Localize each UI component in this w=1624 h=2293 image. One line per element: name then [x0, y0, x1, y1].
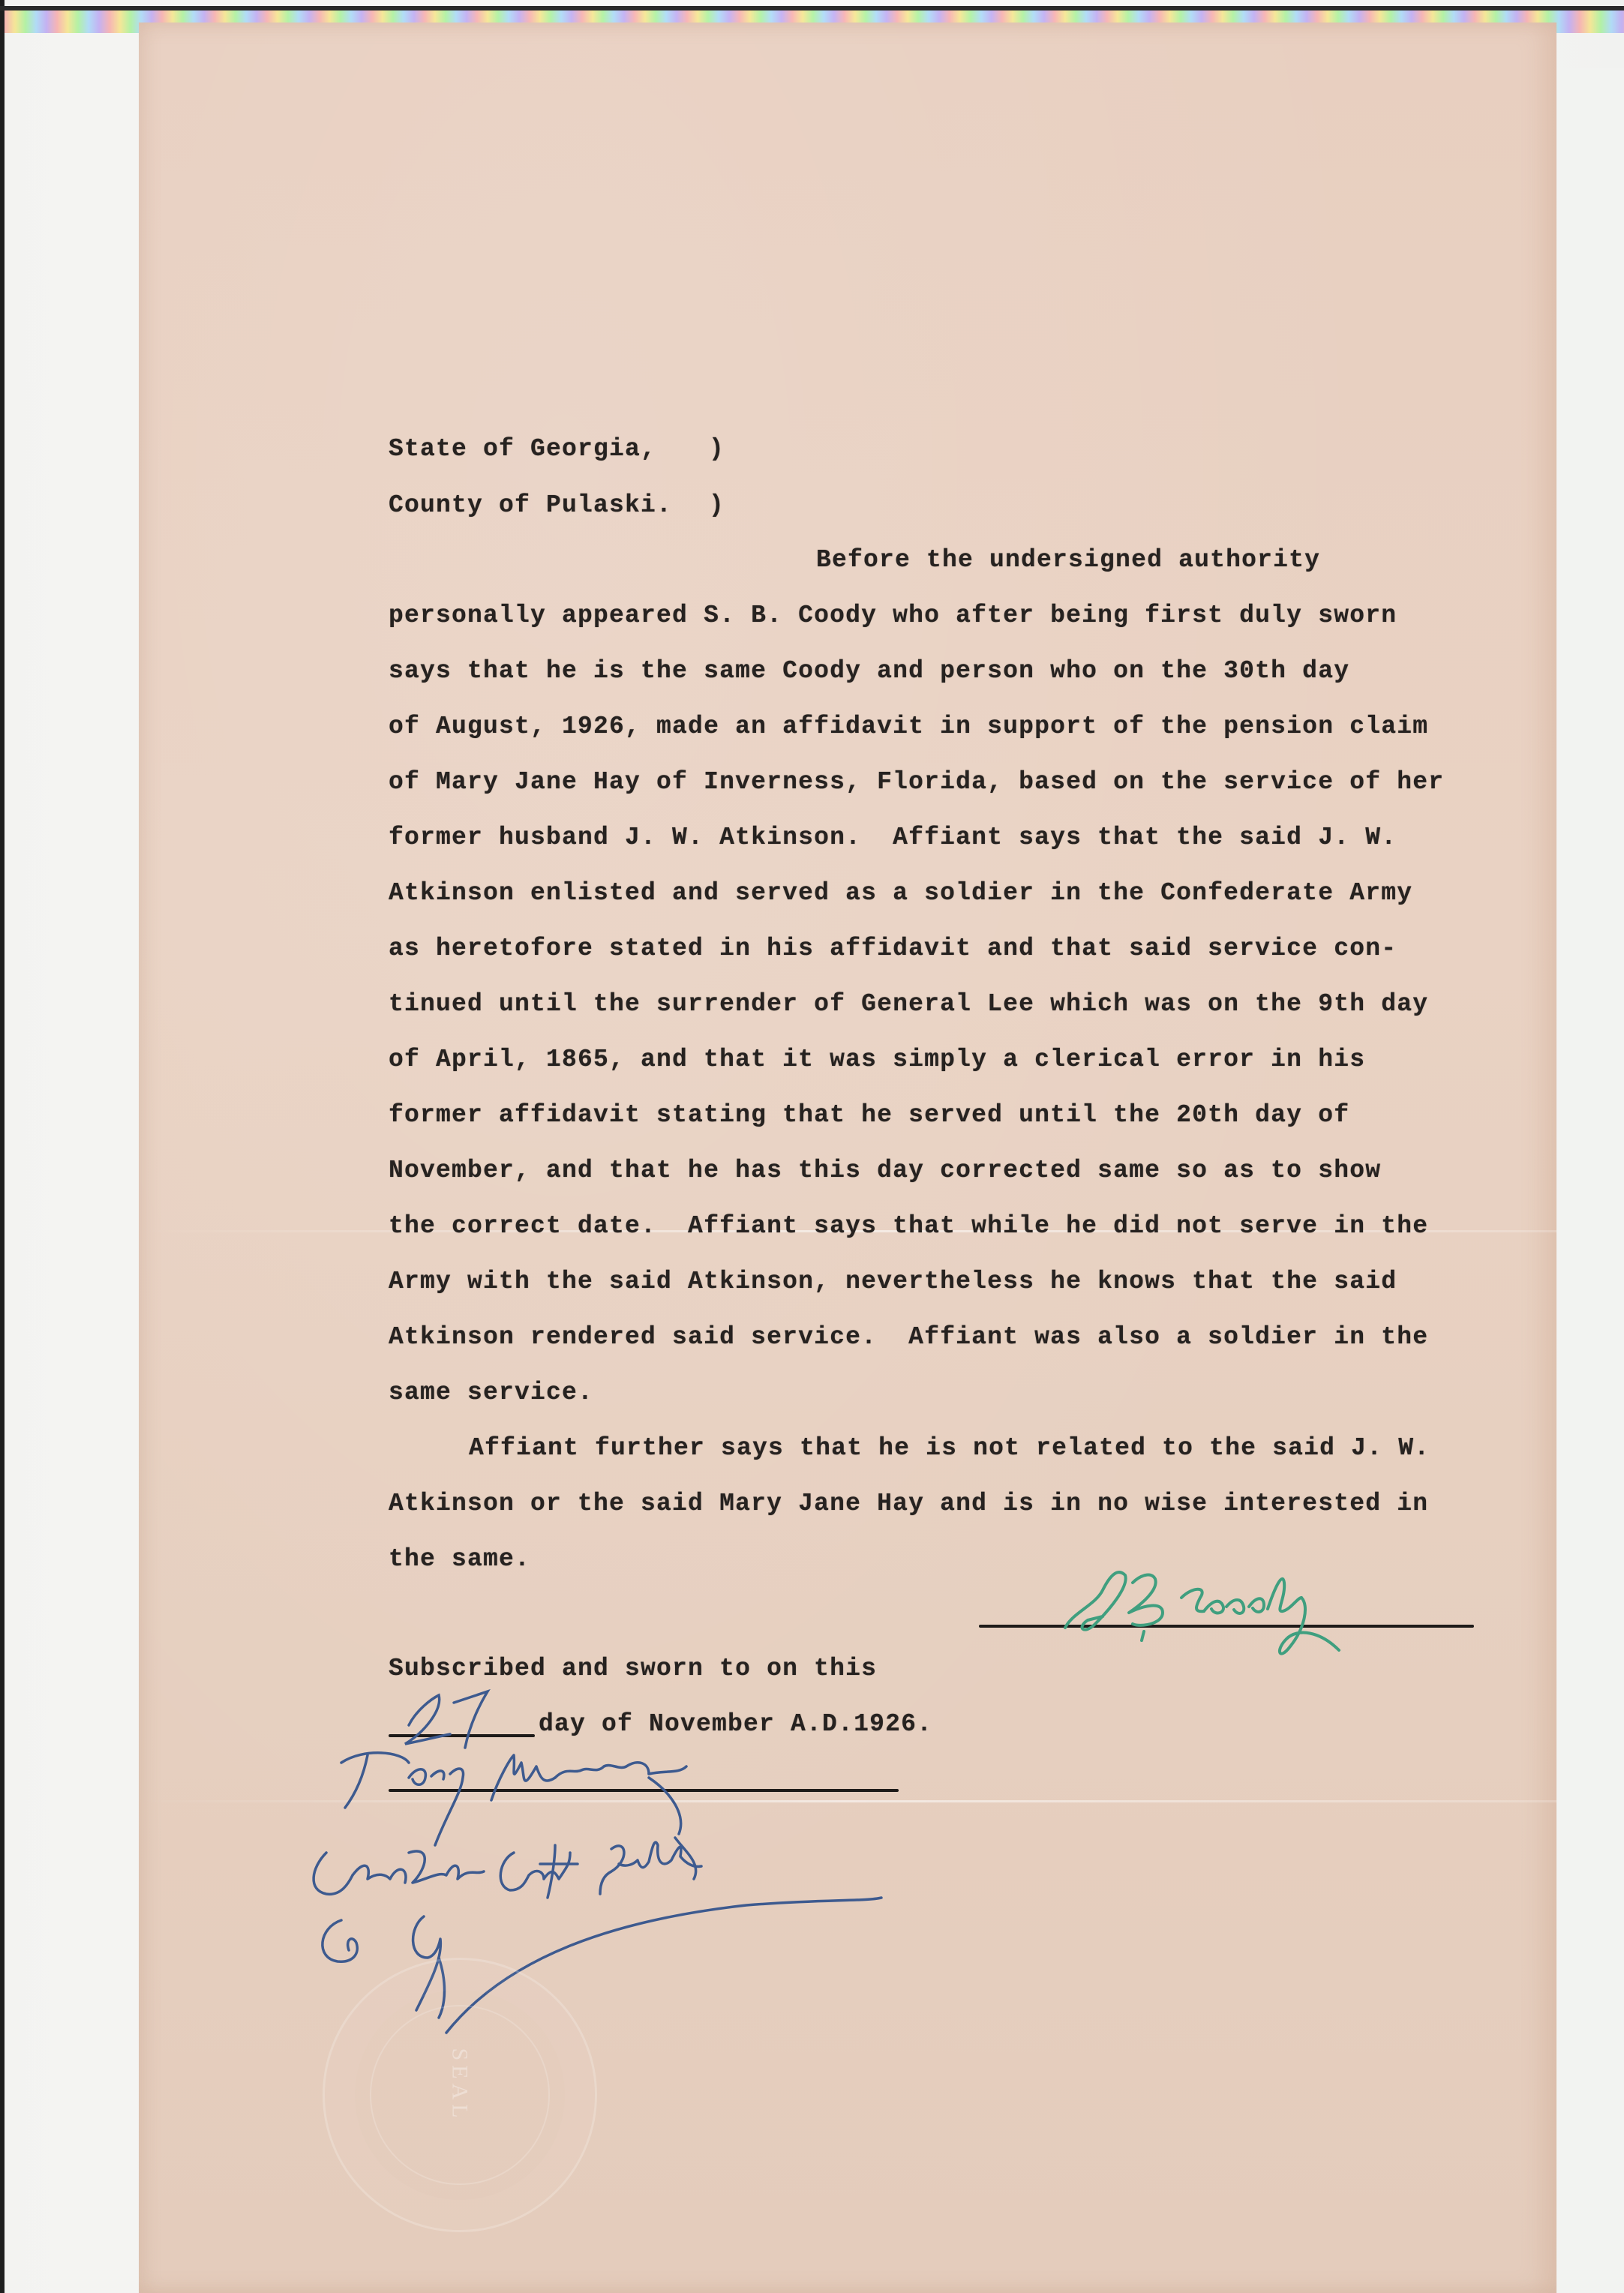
- body-line: Army with the said Atkinson, nevertheles…: [389, 1268, 1397, 1295]
- body-line: Atkinson enlisted and served as a soldie…: [389, 879, 1412, 907]
- body-line: of April, 1865, and that it was simply a…: [389, 1046, 1365, 1073]
- body-line: same service.: [389, 1379, 593, 1406]
- caption-bracket: ): [709, 435, 725, 463]
- caption-county: County of Pulaski.: [389, 491, 672, 519]
- seal-text: SEAL: [447, 2048, 473, 2123]
- body-line: says that he is the same Coody and perso…: [389, 657, 1349, 685]
- body-line: Before the undersigned authority: [816, 546, 1320, 574]
- affiant-signature: S.B. Coody: [1050, 1553, 1395, 1673]
- scanner-edge: [0, 0, 5, 2293]
- body-line: of Mary Jane Hay of Inverness, Florida, …: [389, 768, 1444, 796]
- body-line: tinued until the surrender of General Le…: [389, 990, 1428, 1018]
- jurat-line: Subscribed and sworn to on this: [389, 1655, 877, 1682]
- body-line: as heretofore stated in his affidavit an…: [389, 935, 1397, 962]
- body-line: former husband J. W. Atkinson. Affiant s…: [389, 824, 1397, 851]
- body-line: the correct date. Affiant says that whil…: [389, 1212, 1428, 1240]
- body-line: Affiant further says that he is not rela…: [469, 1434, 1430, 1462]
- scan-right-margin: [1556, 68, 1624, 2293]
- body-line: Atkinson rendered said service. Affiant …: [389, 1323, 1428, 1351]
- body-line: former affidavit stating that he served …: [389, 1101, 1349, 1129]
- body-line: November, and that he has this day corre…: [389, 1157, 1381, 1184]
- body-line: of August, 1926, made an affidavit in su…: [389, 713, 1428, 740]
- caption-bracket: ): [709, 491, 725, 519]
- body-line: Atkinson or the said Mary Jane Hay and i…: [389, 1490, 1428, 1517]
- body-line: the same.: [389, 1545, 530, 1573]
- body-line: personally appeared S. B. Coody who afte…: [389, 602, 1397, 629]
- caption-state: State of Georgia,: [389, 435, 656, 463]
- embossed-seal: SEAL: [323, 1958, 597, 2232]
